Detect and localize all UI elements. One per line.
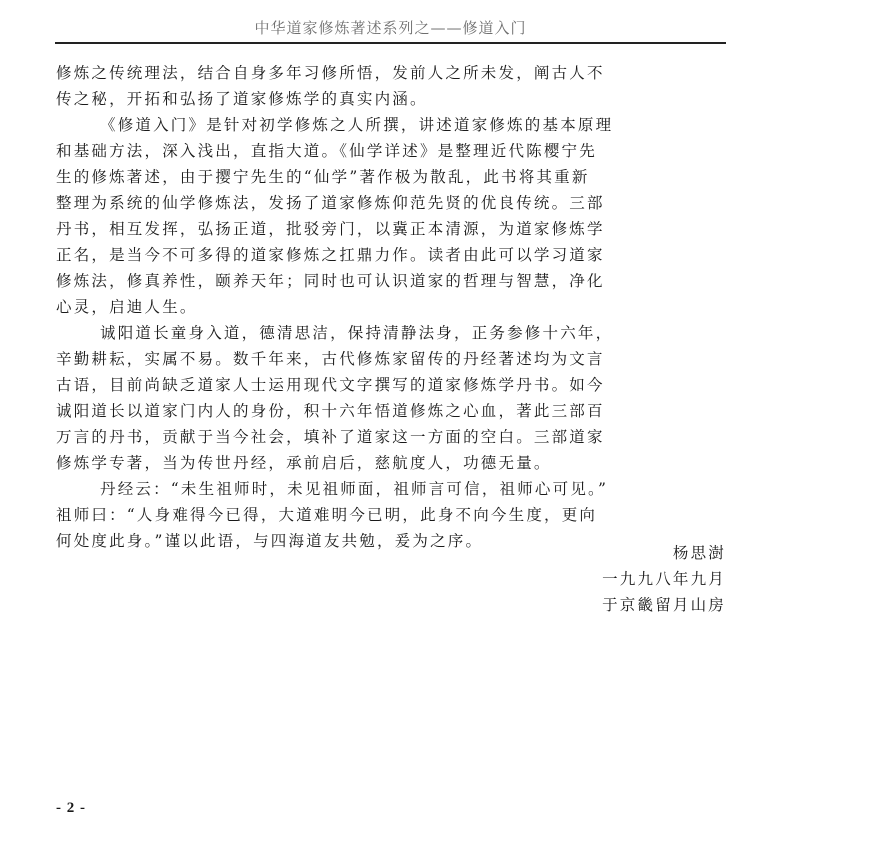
document-page: 中华道家修炼著述系列之——修道入门 修炼之传统理法，结合自身多年习修所悟，发前人… xyxy=(0,0,870,842)
header-rule xyxy=(55,42,726,44)
signature-author: 杨思澍 xyxy=(673,540,726,566)
signature-place: 于京畿留月山房 xyxy=(602,592,726,618)
text-line: 诚阳道长童身入道，德清思洁，保持清静法身，正务参修十六年， xyxy=(56,320,728,346)
text-line: 心灵，启迪人生。 xyxy=(56,294,728,320)
text-line: 丹经云：“未生祖师时，未见祖师面，祖师言可信，祖师心可见。” xyxy=(56,476,728,502)
text-line: 修炼之传统理法，结合自身多年习修所悟，发前人之所未发，阐古人不 xyxy=(56,60,728,86)
text-line: 祖师曰：“人身难得今已得，大道难明今已明，此身不向今生度，更向 xyxy=(56,502,728,528)
text-line: 和基础方法，深入浅出，直指大道。《仙学详述》是整理近代陈樱宁先 xyxy=(56,138,728,164)
text-line: 修炼法，修真养性，颐养天年；同时也可认识道家的哲理与智慧，净化 xyxy=(56,268,728,294)
preface-body: 修炼之传统理法，结合自身多年习修所悟，发前人之所未发，阐古人不传之秘，开拓和弘扬… xyxy=(56,60,728,554)
text-line: 正名，是当今不可多得的道家修炼之扛鼎力作。读者由此可以学习道家 xyxy=(56,242,728,268)
text-line: 古语，目前尚缺乏道家人士运用现代文字撰写的道家修炼学丹书。如今 xyxy=(56,372,728,398)
text-line: 丹书，相互发挥，弘扬正道，批驳旁门，以冀正本清源，为道家修炼学 xyxy=(56,216,728,242)
text-line: 万言的丹书，贡献于当今社会，填补了道家这一方面的空白。三部道家 xyxy=(56,424,728,450)
text-line: 传之秘，开拓和弘扬了道家修炼学的真实内涵。 xyxy=(56,86,728,112)
text-line: 《修道入门》是针对初学修炼之人所撰，讲述道家修炼的基本原理 xyxy=(56,112,728,138)
text-line: 生的修炼著述，由于撄宁先生的“仙学”著作极为散乱，此书将其重新 xyxy=(56,164,728,190)
text-line: 诚阳道长以道家门内人的身份，积十六年悟道修炼之心血，著此三部百 xyxy=(56,398,728,424)
text-line: 辛勤耕耘，实属不易。数千年来，古代修炼家留传的丹经著述均为文言 xyxy=(56,346,728,372)
text-line: 何处度此身。”谨以此语，与四海道友共勉，爰为之序。 xyxy=(56,528,728,554)
running-header-title: 中华道家修炼著述系列之——修道入门 xyxy=(55,17,726,39)
text-line: 整理为系统的仙学修炼法，发扬了道家修炼仰范先贤的优良传统。三部 xyxy=(56,190,728,216)
text-line: 修炼学专著，当为传世丹经，承前启后，慈航度人，功德无量。 xyxy=(56,450,728,476)
signature-date: 一九九八年九月 xyxy=(602,566,726,592)
page-number: - 2 - xyxy=(56,800,86,817)
